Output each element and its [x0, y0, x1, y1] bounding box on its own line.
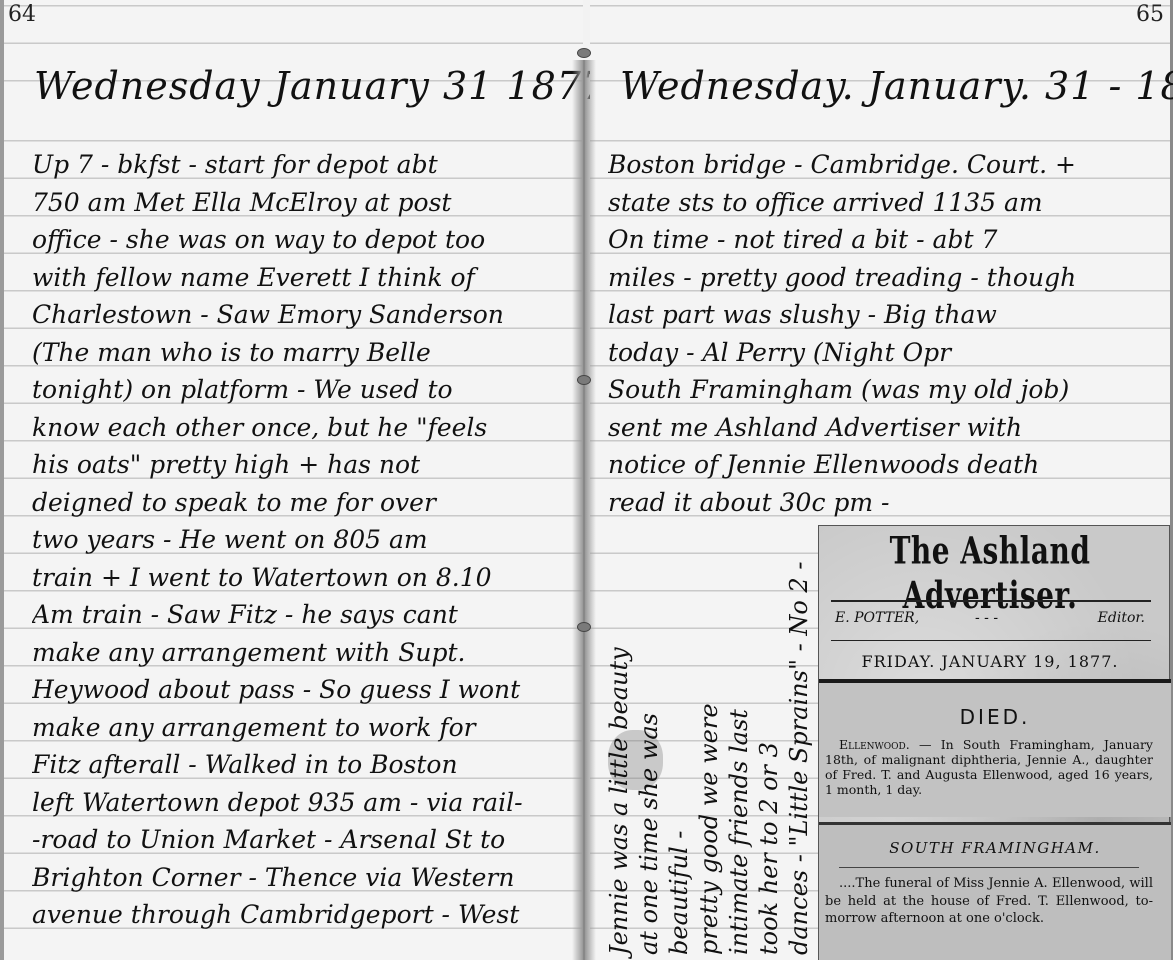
diary-line: make any arrangement to work for	[32, 709, 569, 747]
vertical-verse-annotation: Jennie was a little beautyat one time sh…	[605, 525, 820, 955]
verse-line: beautiful -	[665, 831, 693, 955]
diary-line: read it about 30c pm -	[608, 484, 1156, 522]
diary-line: avenue through Cambridgeport - West	[32, 896, 569, 934]
binding-stitch	[577, 622, 591, 632]
book-spine	[572, 60, 596, 960]
diary-spread: 64 Wednesday January 31 1877 Up 7 - bkfs…	[0, 0, 1173, 960]
diary-line: left Watertown depot 935 am - via rail-	[32, 784, 569, 822]
died-heading: DIED.	[819, 705, 1171, 729]
verse-line: took her to 2 or 3	[755, 742, 783, 955]
editor-label: Editor.	[1098, 610, 1145, 626]
diary-line: On time - not tired a bit - abt 7	[608, 221, 1156, 259]
diary-line: office - she was on way to depot too	[32, 221, 569, 259]
verse-line: pretty good we were	[695, 703, 723, 955]
date-heading: Wednesday January 31 1877	[34, 64, 607, 108]
diary-line: tonight) on platform - We used to	[32, 371, 569, 409]
newspaper-masthead: The Ashland Advertiser. E. POTTER, - - -…	[825, 528, 1155, 676]
diary-line: notice of Jennie Ellenwoods death	[608, 446, 1156, 484]
diary-line: train + I went to Watertown on 8.10	[32, 559, 569, 597]
diary-line: South Framingham (was my old job)	[608, 371, 1156, 409]
diary-entry: Up 7 - bkfst - start for depot abt750 am…	[32, 146, 569, 934]
page-number: 64	[8, 2, 36, 27]
diary-line: Charlestown - Saw Emory Sanderson	[32, 296, 569, 334]
page-number: 65	[1136, 2, 1164, 27]
verse-line: intimate friends last	[725, 709, 753, 955]
diary-entry: Boston bridge - Cambridge. Court. +state…	[608, 146, 1156, 521]
diary-line: state sts to office arrived 1135 am	[608, 184, 1156, 222]
diary-line: today - Al Perry (Night Opr	[608, 334, 1156, 372]
local-heading: SOUTH FRAMINGHAM.	[819, 839, 1171, 857]
obituary-name: Ellenwood.	[839, 737, 910, 752]
diary-line: 750 am Met Ella McElroy at post	[32, 184, 569, 222]
diary-line: Boston bridge - Cambridge. Court. +	[608, 146, 1156, 184]
divider	[839, 867, 1139, 868]
newspaper-clipping: The Ashland Advertiser. E. POTTER, - - -…	[818, 525, 1170, 960]
verse-line: dances - "Little Sprains" - No 2 -	[785, 562, 813, 955]
editor-dashes: - - -	[975, 610, 998, 626]
diary-line: (The man who is to marry Belle	[32, 334, 569, 372]
diary-page-left: 64 Wednesday January 31 1877 Up 7 - bkfs…	[0, 0, 583, 960]
diary-line: -road to Union Market - Arsenal St to	[32, 821, 569, 859]
obituary-text: Ellenwood. — In South Framingham, Januar…	[825, 737, 1153, 797]
binding-stitch	[577, 48, 591, 58]
divider	[831, 600, 1151, 602]
diary-line: Brighton Corner - Thence via Western	[32, 859, 569, 897]
diary-line: sent me Ashland Advertiser with	[608, 409, 1156, 447]
date-heading: Wednesday. January. 31 - 1877 -	[620, 64, 1173, 108]
diary-line: deigned to speak to me for over	[32, 484, 569, 522]
diary-line: make any arrangement with Supt.	[32, 634, 569, 672]
diary-line: his oats" pretty high + has not	[32, 446, 569, 484]
diary-line: Am train - Saw Fitz - he says cant	[32, 596, 569, 634]
issue-date: FRIDAY. JANUARY 19, 1877.	[825, 652, 1155, 671]
binding-stitch	[577, 375, 591, 385]
editor-name: E. POTTER,	[835, 610, 919, 626]
verse-line: Jennie was a little beauty	[605, 647, 633, 955]
diary-line: know each other once, but he "feels	[32, 409, 569, 447]
diary-line: last part was slushy - Big thaw	[608, 296, 1156, 334]
diary-line: with fellow name Everett I think of	[32, 259, 569, 297]
death-notice-section: DIED. Ellenwood. — In South Framingham, …	[819, 679, 1171, 817]
newspaper-title: The Ashland Advertiser.	[825, 528, 1155, 617]
local-news-section: SOUTH FRAMINGHAM. ....The funeral of Mis…	[819, 822, 1171, 960]
diary-line: two years - He went on 805 am	[32, 521, 569, 559]
verse-line: at one time she was	[635, 713, 663, 955]
funeral-notice: ....The funeral of Miss Jennie A. Ellenw…	[825, 875, 1153, 928]
diary-line: Heywood about pass - So guess I wont	[32, 671, 569, 709]
diary-line: Fitz afterall - Walked in to Boston	[32, 746, 569, 784]
diary-line: miles - pretty good treading - though	[608, 259, 1156, 297]
divider	[831, 640, 1151, 641]
diary-line: Up 7 - bkfst - start for depot abt	[32, 146, 569, 184]
